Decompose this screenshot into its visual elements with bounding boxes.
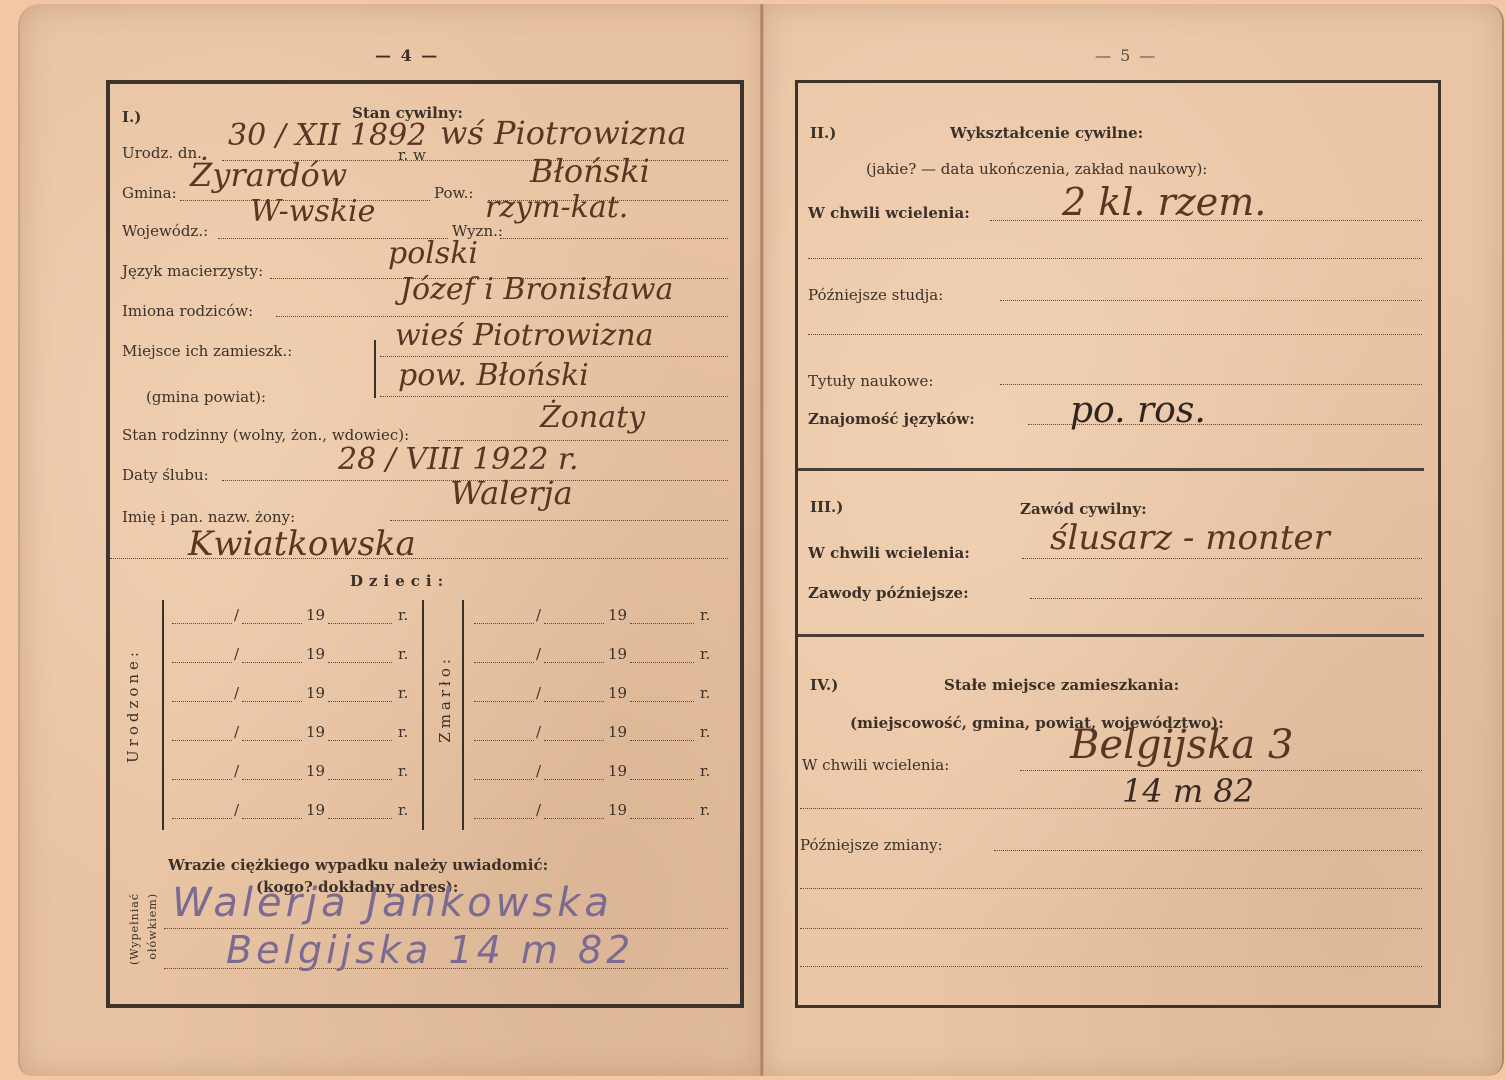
section-2-number: II.) (810, 124, 836, 142)
year-line (630, 701, 694, 702)
field-line (1000, 384, 1422, 385)
education-at-enlistment-label: W chwili wcielenia: (808, 204, 970, 222)
slash-separator: / (234, 684, 239, 702)
page-number-left: — 4 — (375, 46, 439, 65)
slash-separator: / (536, 723, 541, 741)
year-suffix: r. (700, 723, 710, 741)
year-suffix: r. (700, 645, 710, 663)
day-line (474, 779, 534, 780)
year-prefix: 19 (608, 645, 627, 663)
field-label-commune-county: (gmina powiat): (146, 388, 266, 406)
emergency-note-line2: ołówkiem) (146, 893, 159, 960)
year-line (630, 740, 694, 741)
day-line (474, 701, 534, 702)
month-line (242, 623, 302, 624)
slash-separator: / (234, 762, 239, 780)
brace (422, 600, 424, 830)
slash-separator: / (536, 801, 541, 819)
field-value-birth-place[interactable]: wś Piotrowizna (440, 114, 687, 152)
year-line (328, 779, 392, 780)
children-title: Dzieci: (350, 572, 449, 590)
field-line (500, 238, 728, 239)
field-line (1000, 300, 1422, 301)
year-prefix: 19 (306, 684, 325, 702)
field-line (800, 808, 1422, 809)
child-born-row[interactable]: /19r. (168, 645, 418, 667)
field-line (808, 334, 1422, 335)
field-label-parents-residence: Miejsce ich zamieszk.: (122, 342, 292, 360)
year-suffix: r. (398, 684, 408, 702)
month-line (544, 779, 604, 780)
field-label-voivodeship: Wojewódz.: (122, 222, 208, 240)
child-died-row[interactable]: /19r. (470, 801, 720, 823)
later-changes-label: Późniejsze zmiany: (800, 836, 943, 854)
year-prefix: 19 (608, 723, 627, 741)
child-born-row[interactable]: /19r. (168, 606, 418, 628)
later-studies-label: Późniejsze studja: (808, 286, 943, 304)
child-born-row[interactable]: /19r. (168, 684, 418, 706)
year-line (328, 818, 392, 819)
field-value-marital-status[interactable]: Żonaty (540, 400, 645, 435)
year-line (328, 662, 392, 663)
field-label-parents-names: Imiona rodziców: (122, 302, 253, 320)
field-value-parents-residence[interactable]: wieś Piotrowizna (395, 318, 654, 353)
child-died-row[interactable]: /19r. (470, 606, 720, 628)
day-line (172, 623, 232, 624)
section-4-number: IV.) (810, 676, 838, 694)
page-number-right: — 5 — (1095, 46, 1157, 65)
field-value-county[interactable]: Błoński (530, 152, 650, 190)
year-suffix: r. (700, 762, 710, 780)
month-line (242, 701, 302, 702)
field-line (1022, 558, 1422, 559)
year-prefix: 19 (306, 606, 325, 624)
field-label-county: Pow.: (434, 184, 473, 202)
slash-separator: / (536, 684, 541, 702)
section-3-number: III.) (810, 498, 843, 516)
year-suffix: r. (398, 723, 408, 741)
field-value-wife-surname[interactable]: Kwiatkowska (188, 524, 416, 564)
month-line (544, 701, 604, 702)
child-died-row[interactable]: /19r. (470, 684, 720, 706)
child-born-row[interactable]: /19r. (168, 723, 418, 745)
residence-at-enlistment-label: W chwili wcielenia: (802, 756, 949, 774)
child-died-row[interactable]: /19r. (470, 645, 720, 667)
brace (462, 600, 464, 830)
year-prefix: 19 (306, 801, 325, 819)
emergency-contact-name[interactable]: Walerja Jankowska (172, 880, 613, 926)
field-line (1030, 598, 1422, 599)
day-line (172, 818, 232, 819)
year-prefix: 19 (306, 645, 325, 663)
slash-separator: / (536, 762, 541, 780)
residence-at-enlistment-apartment[interactable]: 14 m 82 (1122, 772, 1254, 810)
year-prefix: 19 (608, 801, 627, 819)
residence-at-enlistment-value[interactable]: Belgijska 3 (1070, 722, 1293, 768)
field-line (438, 440, 728, 441)
field-value-voivodeship[interactable]: W-wskie (250, 194, 375, 229)
field-value-wedding-date[interactable]: 28 / VIII 1922 r. (338, 442, 579, 477)
section-3-title: Zawód cywilny: (1020, 500, 1147, 518)
year-line (630, 818, 694, 819)
year-suffix: r. (398, 762, 408, 780)
field-line (380, 396, 728, 397)
year-suffix: r. (398, 645, 408, 663)
languages-value[interactable]: po. ros. (1070, 390, 1206, 431)
field-value-wife-first-name[interactable]: Walerja (450, 474, 573, 512)
month-line (242, 818, 302, 819)
emergency-contact-address[interactable]: Belgijska 14 m 82 (226, 928, 634, 972)
month-line (242, 779, 302, 780)
month-line (242, 740, 302, 741)
languages-label: Znajomość języków: (808, 410, 975, 428)
slash-separator: / (536, 606, 541, 624)
year-line (328, 740, 392, 741)
day-line (474, 818, 534, 819)
day-line (172, 701, 232, 702)
field-label-native-language: Język macierzysty: (122, 262, 263, 280)
year-suffix: r. (700, 606, 710, 624)
month-line (544, 623, 604, 624)
child-born-row[interactable]: /19r. (168, 801, 418, 823)
day-line (172, 662, 232, 663)
slash-separator: / (234, 645, 239, 663)
year-suffix: r. (700, 801, 710, 819)
year-line (328, 623, 392, 624)
field-value-birth-date[interactable]: 30 / XII 1892 (228, 118, 426, 153)
brace (374, 340, 376, 398)
month-line (242, 662, 302, 663)
field-line (390, 520, 728, 521)
slash-separator: / (536, 645, 541, 663)
child-died-row[interactable]: /19r. (470, 762, 720, 784)
year-prefix: 19 (608, 762, 627, 780)
field-label-commune: Gmina: (122, 184, 177, 202)
academic-titles-label: Tytuły naukowe: (808, 372, 933, 390)
slash-separator: / (234, 801, 239, 819)
field-value-commune[interactable]: Żyrardów (190, 156, 347, 194)
field-line (808, 258, 1422, 259)
month-line (544, 662, 604, 663)
month-line (544, 740, 604, 741)
slash-separator: / (234, 723, 239, 741)
day-line (474, 623, 534, 624)
children-died-label: Zmarło: (436, 655, 454, 743)
field-value-religion[interactable]: rzym-kat. (485, 190, 628, 225)
year-suffix: r. (398, 606, 408, 624)
education-at-enlistment-value[interactable]: 2 kl. rzem. (1062, 180, 1266, 224)
year-line (630, 779, 694, 780)
field-line (800, 966, 1422, 967)
year-line (328, 701, 392, 702)
field-line (276, 316, 728, 317)
occupation-at-enlistment-label: W chwili wcielenia: (808, 544, 970, 562)
day-line (474, 740, 534, 741)
field-label-birth-place: r. w (398, 146, 426, 164)
section-divider (798, 634, 1424, 637)
emergency-title: Wrazie ciężkiego wypadku należy uwiadomi… (168, 856, 548, 874)
year-line (630, 623, 694, 624)
year-prefix: 19 (306, 723, 325, 741)
day-line (172, 740, 232, 741)
month-line (544, 818, 604, 819)
child-died-row[interactable]: /19r. (470, 723, 720, 745)
children-born-label: Urodzone: (124, 648, 142, 763)
year-line (630, 662, 694, 663)
section-divider (798, 468, 1424, 471)
book-gutter (760, 4, 764, 1076)
field-label-wedding-date: Daty ślubu: (122, 466, 209, 484)
field-value-native-language[interactable]: polski (388, 236, 478, 271)
later-occupations-label: Zawody późniejsze: (808, 584, 969, 602)
slash-separator: / (234, 606, 239, 624)
year-prefix: 19 (306, 762, 325, 780)
day-line (172, 779, 232, 780)
year-suffix: r. (398, 801, 408, 819)
year-suffix: r. (700, 684, 710, 702)
field-line (800, 888, 1422, 889)
child-born-row[interactable]: /19r. (168, 762, 418, 784)
occupation-at-enlistment-value[interactable]: ślusarz - monter (1050, 518, 1330, 558)
field-line (800, 928, 1422, 929)
day-line (474, 662, 534, 663)
field-line (1020, 770, 1422, 771)
year-prefix: 19 (608, 606, 627, 624)
section-4-title: Stałe miejsce zamieszkania: (944, 676, 1179, 694)
year-prefix: 19 (608, 684, 627, 702)
section-2-subtitle: (jakie? — data ukończenia, zakład naukow… (866, 160, 1207, 178)
section-1-number: I.) (122, 108, 141, 126)
emergency-note-line1: (Wypełniać (128, 893, 141, 965)
section-2-title: Wykształcenie cywilne: (950, 124, 1143, 142)
field-value-commune-county[interactable]: pow. Błoński (398, 358, 589, 393)
field-value-parents-names[interactable]: Józef i Bronisława (400, 272, 673, 307)
field-line (994, 850, 1422, 851)
brace (162, 600, 164, 830)
field-line (380, 356, 728, 357)
